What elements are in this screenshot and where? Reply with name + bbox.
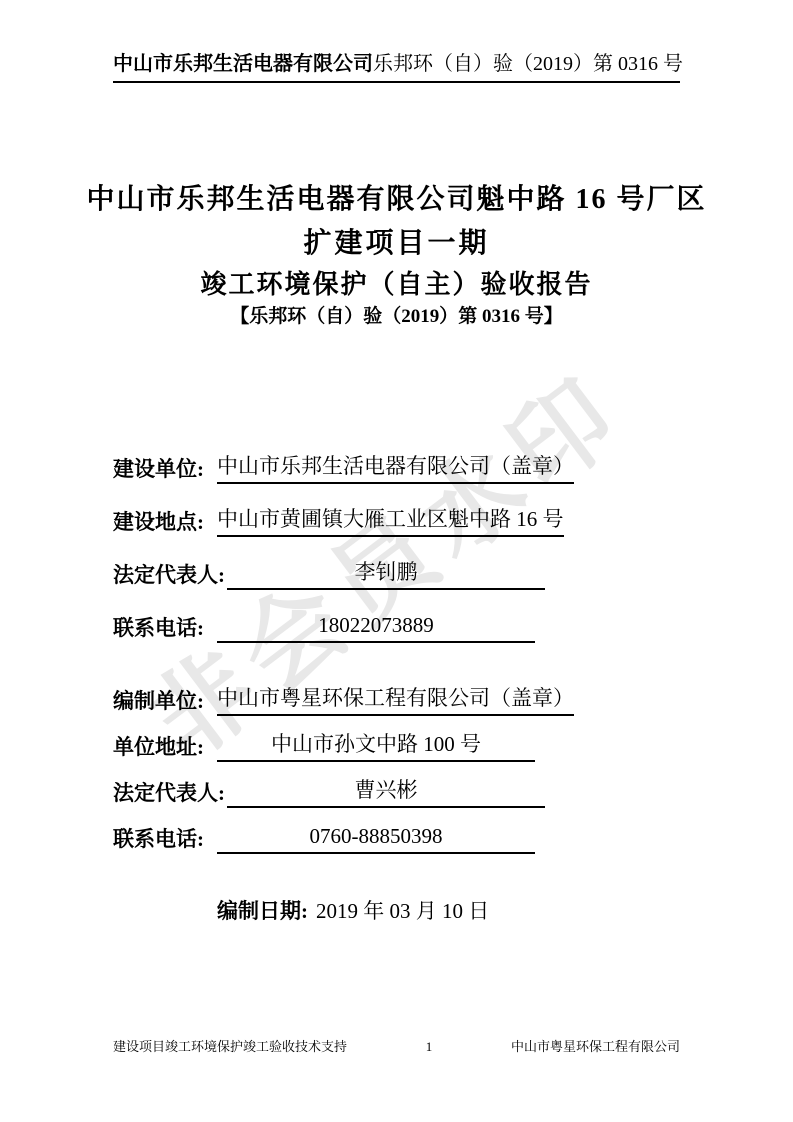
report-subtitle: 竣工环境保护（自主）验收报告 — [0, 269, 793, 301]
page-header: 中山市乐邦生活电器有限公司 乐邦环（自）验（2019）第 0316 号 — [113, 52, 680, 83]
field-label: 法定代表人: — [113, 560, 225, 590]
document-page: 非会员水印 中山市乐邦生活电器有限公司 乐邦环（自）验（2019）第 0316 … — [0, 0, 793, 1122]
field-row-compiling-unit: 编制单位: 中山市粤星环保工程有限公司（盖章） — [113, 682, 680, 716]
field-value: 0760-88850398 — [217, 821, 535, 854]
page-footer: 建设项目竣工环境保护竣工验收技术支持 1 中山市粤星环保工程有限公司 — [113, 1038, 680, 1056]
compiling-unit-block: 编制单位: 中山市粤星环保工程有限公司（盖章） 单位地址: 中山市孙文中路 10… — [113, 682, 680, 866]
field-row-legal-representative-2: 法定代表人: 曹兴彬 — [113, 774, 680, 808]
field-row-contact-phone: 联系电话: 18022073889 — [113, 609, 680, 643]
field-value: 李钊鹏 — [227, 557, 545, 590]
field-label: 单位地址: — [113, 732, 215, 762]
field-label: 法定代表人: — [113, 778, 225, 808]
header-company-name: 中山市乐邦生活电器有限公司 — [113, 52, 373, 77]
compile-date-line: 编制日期: 2019 年 03 月 10 日 — [217, 897, 489, 925]
field-label: 联系电话: — [113, 824, 215, 854]
compile-date-value: 2019 年 03 月 10 日 — [316, 897, 489, 925]
construction-unit-block: 建设单位: 中山市乐邦生活电器有限公司（盖章） 建设地点: 中山市黄圃镇大雁工业… — [113, 450, 680, 662]
footer-left-text: 建设项目竣工环境保护竣工验收技术支持 — [113, 1038, 347, 1056]
compile-date-label: 编制日期: — [217, 897, 308, 925]
field-value: 中山市乐邦生活电器有限公司（盖章） — [217, 451, 574, 484]
field-label: 建设单位: — [113, 454, 215, 484]
title-block: 中山市乐邦生活电器有限公司魁中路 16 号厂区 扩建项目一期 竣工环境保护（自主… — [0, 183, 793, 330]
field-row-contact-phone-2: 联系电话: 0760-88850398 — [113, 820, 680, 854]
field-row-legal-representative: 法定代表人: 李钊鹏 — [113, 556, 680, 590]
field-label: 联系电话: — [113, 613, 215, 643]
header-doc-number: 乐邦环（自）验（2019）第 0316 号 — [373, 52, 683, 77]
field-value: 曹兴彬 — [227, 775, 545, 808]
report-title-line2: 扩建项目一期 — [0, 227, 793, 261]
field-value: 中山市黄圃镇大雁工业区魁中路 16 号 — [217, 504, 564, 537]
field-label: 建设地点: — [113, 507, 215, 537]
field-value: 中山市粤星环保工程有限公司（盖章） — [217, 683, 574, 716]
field-value: 中山市孙文中路 100 号 — [217, 729, 535, 762]
report-doc-number: 【乐邦环（自）验（2019）第 0316 号】 — [0, 304, 793, 330]
field-row-construction-address: 建设地点: 中山市黄圃镇大雁工业区魁中路 16 号 — [113, 503, 680, 537]
field-label: 编制单位: — [113, 686, 215, 716]
report-title-line1: 中山市乐邦生活电器有限公司魁中路 16 号厂区 — [0, 183, 793, 217]
field-row-construction-unit: 建设单位: 中山市乐邦生活电器有限公司（盖章） — [113, 450, 680, 484]
field-value: 18022073889 — [217, 610, 535, 643]
footer-page-number: 1 — [426, 1038, 433, 1056]
footer-right-text: 中山市粤星环保工程有限公司 — [511, 1038, 680, 1056]
field-row-unit-address: 单位地址: 中山市孙文中路 100 号 — [113, 728, 680, 762]
